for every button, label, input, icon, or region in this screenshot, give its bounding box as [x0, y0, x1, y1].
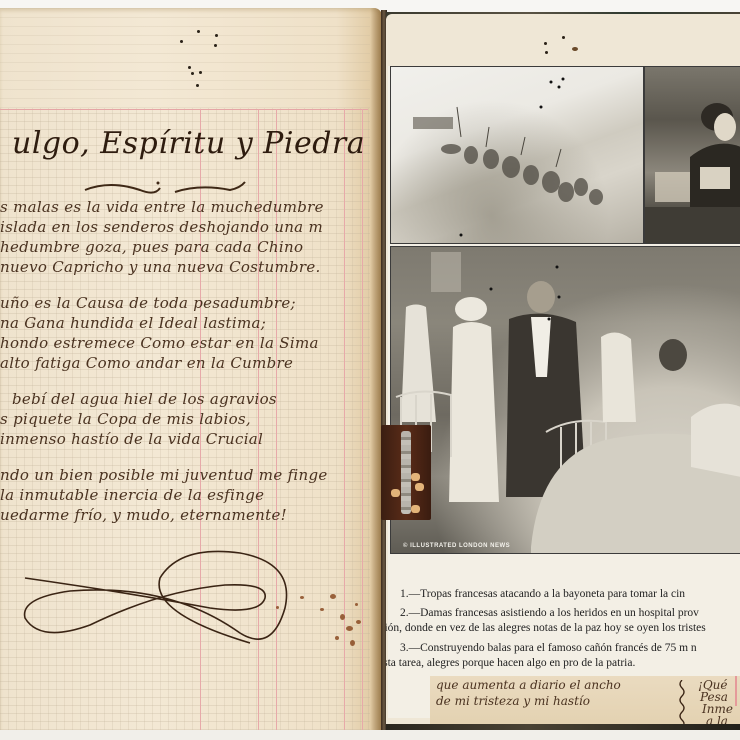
- rusty-razor-blade: [381, 425, 431, 520]
- left-page: ulgo, Espíritu y Piedra s malas es la vi…: [0, 8, 382, 730]
- photo-bayonet-charge: [390, 66, 644, 244]
- rust-spot: [391, 489, 400, 497]
- poem-line: nuevo Capricho y una nueva Costumbre.: [0, 258, 321, 276]
- photo-hospital-ward: © ILLUSTRATED LONDON NEWS: [390, 246, 740, 554]
- photo-credit: © ILLUSTRATED LONDON NEWS: [403, 543, 510, 549]
- poem-line: inmenso hastío de la vida Crucial: [0, 430, 263, 448]
- caption-2-cont: sión, donde en vez de las alegres notas …: [386, 622, 706, 634]
- rust-spot: [415, 483, 424, 491]
- poem-line: la inmutable inercia de la esfinge: [0, 486, 264, 504]
- poem-line: hedumbre goza, pues para cada Chino: [0, 238, 303, 256]
- caption-2: 2.—Damas francesas asistiendo a los heri…: [400, 607, 699, 619]
- title-flourish: [80, 180, 250, 200]
- poem-line: s piquete la Copa de mis labios,: [0, 410, 251, 428]
- rust-spot: [411, 473, 420, 481]
- ledger-red-mark: [735, 676, 737, 706]
- poem-line: bebí del agua hiel de los agravios: [12, 390, 277, 408]
- caption-1: 1.—Tropas francesas atacando a la bayone…: [400, 588, 685, 600]
- note-line: que aumenta a diario el ancho: [436, 678, 621, 692]
- poem-line: na Gana hundida el Ideal lastima;: [0, 314, 266, 332]
- worker-figure: [645, 67, 740, 243]
- closing-flourish: [10, 523, 300, 653]
- right-page-bottom-edge: [386, 724, 740, 730]
- poem-line: uño es la Causa de toda pesadumbre;: [0, 294, 296, 312]
- rust-spot: [411, 505, 420, 513]
- razor-slot: [401, 431, 411, 514]
- ledger-red-column: [362, 109, 363, 730]
- ledger-red-column: [344, 109, 345, 730]
- poem-line: uedarme frío, y mudo, eternamente!: [0, 506, 287, 524]
- caption-3-cont: esta tarea, alegres porque hacen algo en…: [386, 657, 635, 669]
- soldiers-figures: [391, 67, 643, 243]
- right-page: © ILLUSTRATED LONDON NEWS 1.—Tropas fran…: [386, 14, 740, 726]
- brace-squiggle: [678, 680, 686, 726]
- poem-line: hondo estremece Como estar en la Sima: [0, 334, 319, 352]
- poem-title: ulgo, Espíritu y Piedra: [12, 126, 365, 161]
- poem-line: alto fatiga Como andar en la Cumbre: [0, 354, 293, 372]
- handwritten-note-strip: que aumenta a diario el ancho de mi tris…: [430, 676, 740, 726]
- photo-woman-making-shells: [644, 66, 740, 244]
- poem-line: islada en los senderos deshojando una m: [0, 218, 323, 236]
- hospital-scene: [391, 247, 740, 553]
- note-line: de mi tristeza y mi hastío: [436, 694, 590, 708]
- faint-ruling: [0, 8, 370, 108]
- poem-line: ndo un bien posible mi juventud me finge: [0, 466, 328, 484]
- caption-3: 3.—Construyendo balas para el famoso cañ…: [400, 642, 697, 654]
- ledger-red-rule: [0, 109, 368, 110]
- poem-line: s malas es la vida entre la muchedumbre: [0, 198, 324, 216]
